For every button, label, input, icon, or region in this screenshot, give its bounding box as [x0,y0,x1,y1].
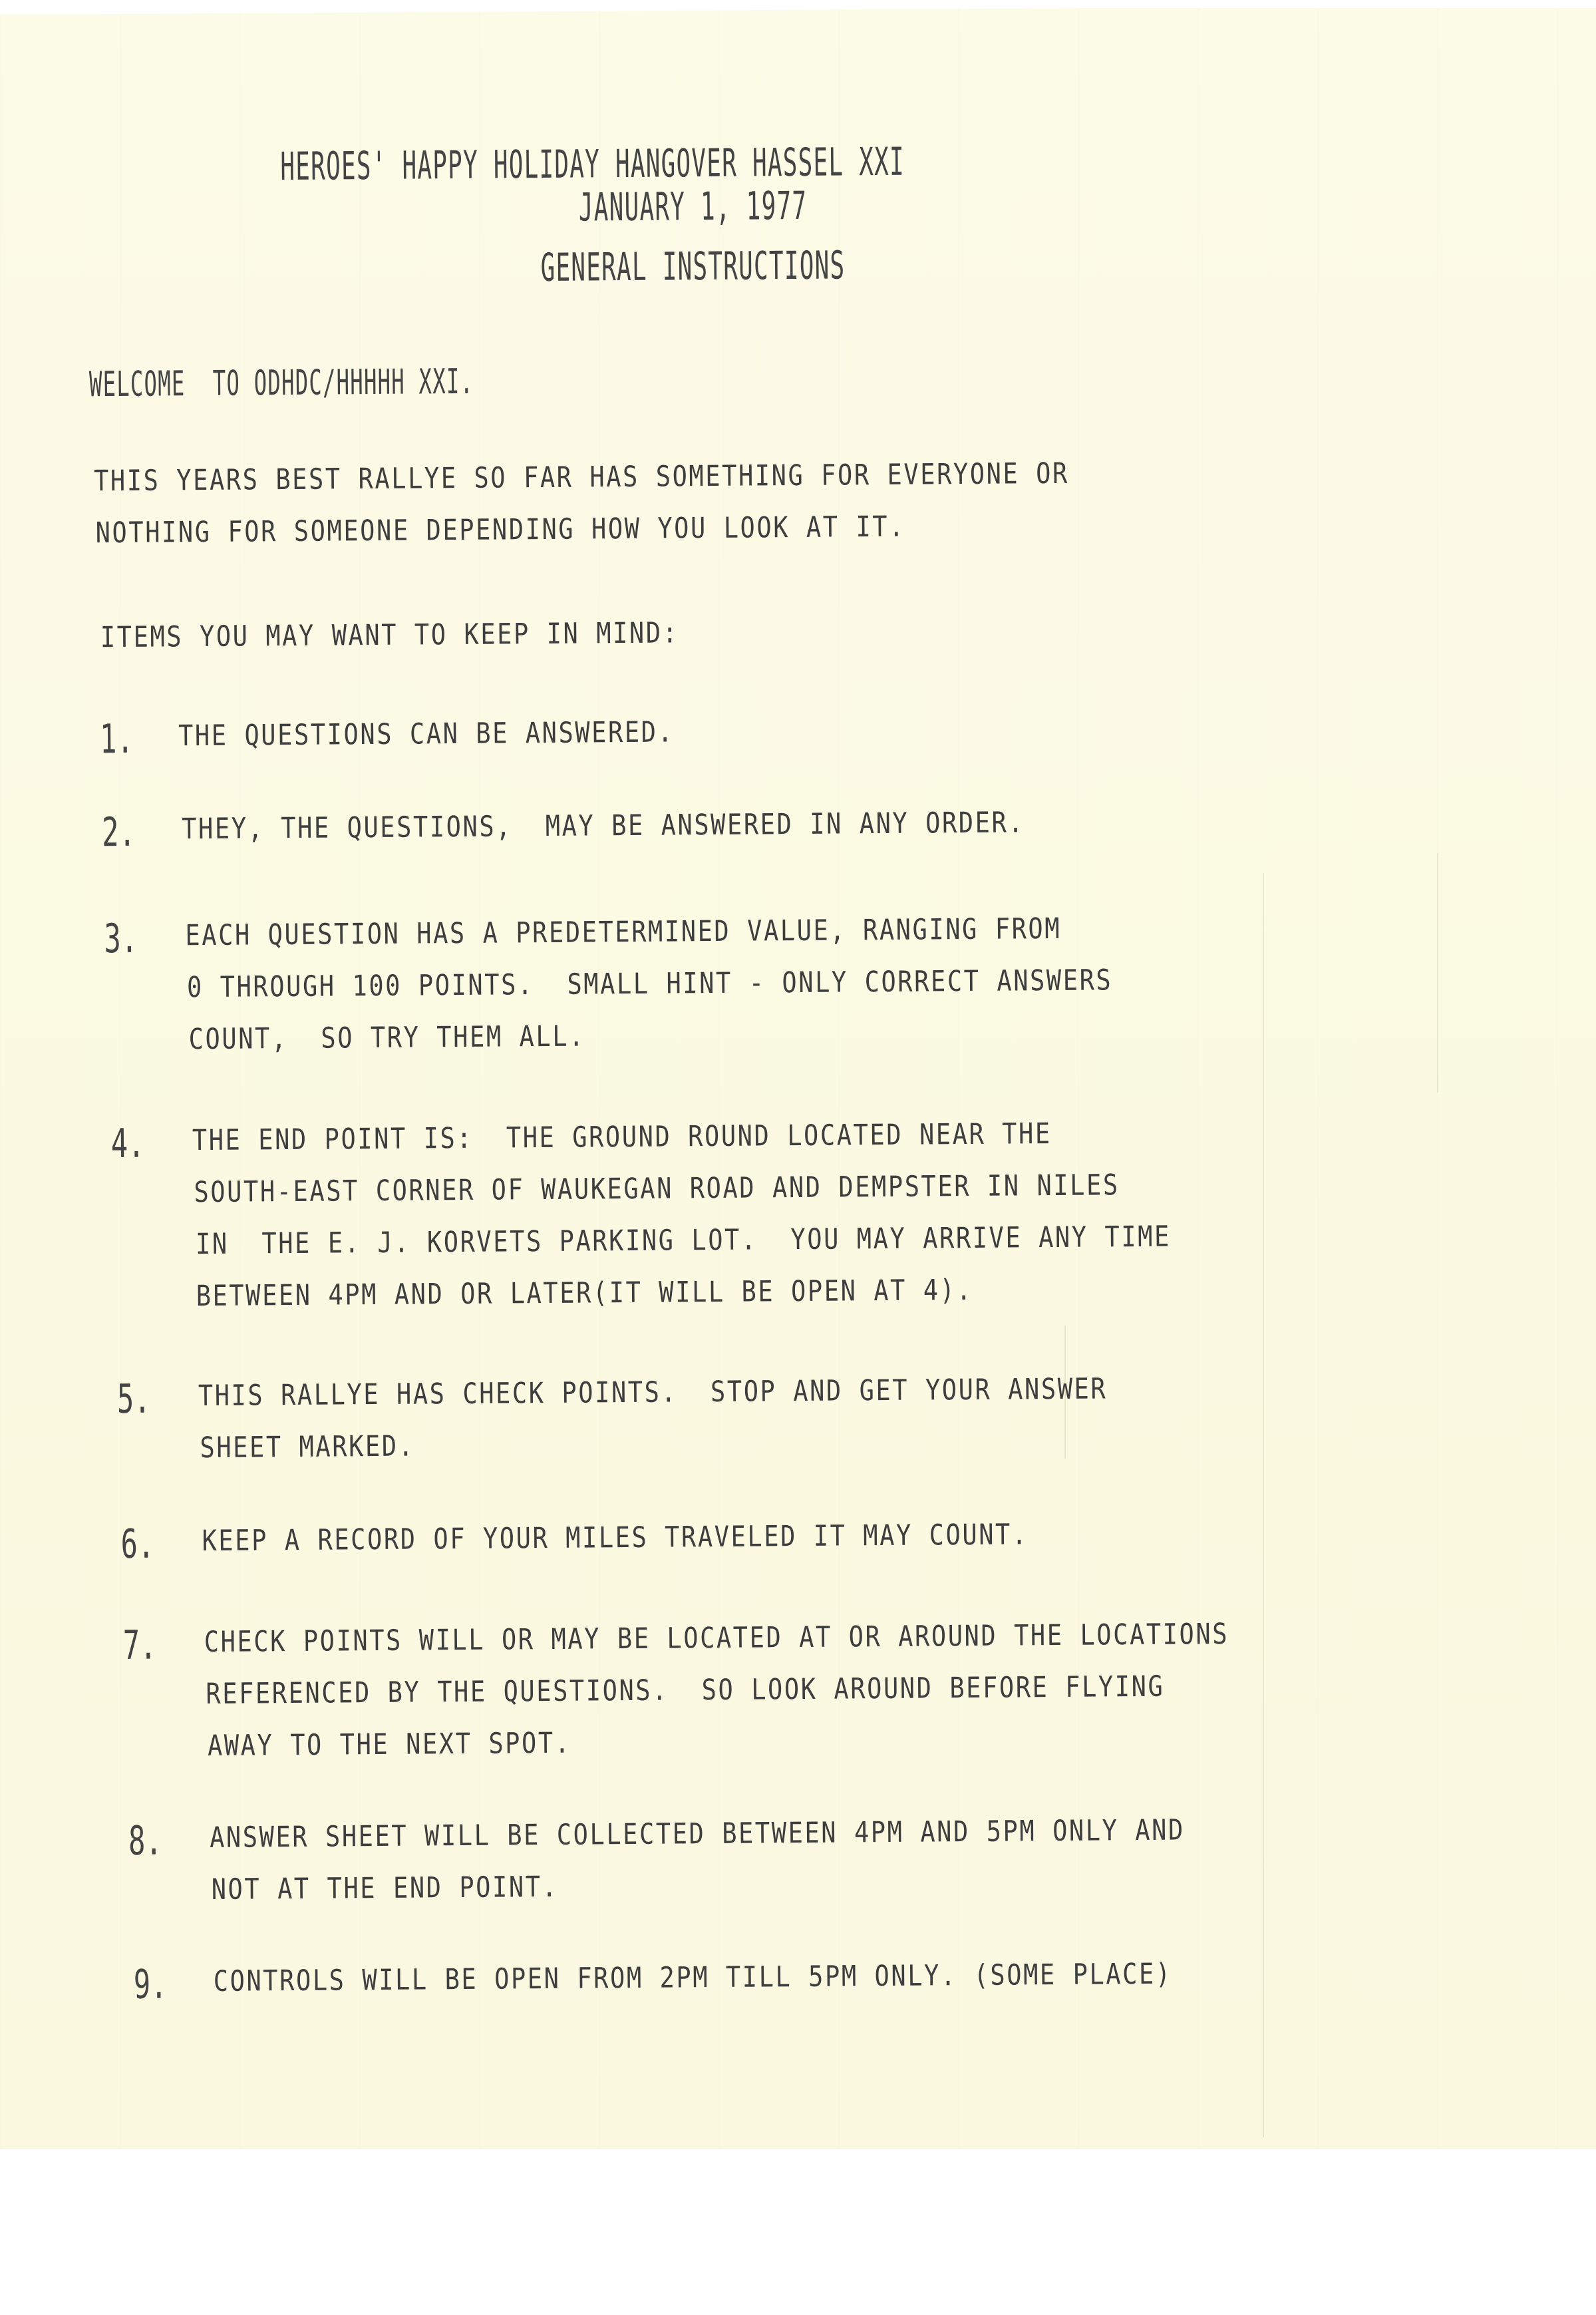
list-item-text: CONTROLS WILL BE OPEN FROM 2PM TILL 5PM … [214,1958,1172,1998]
list-item-text: SHEET MARKED. [200,1430,414,1465]
document-date: JANUARY 1, 1977 [579,183,808,230]
intro-paragraph-line: NOTHING FOR SOMEONE DEPENDING HOW YOU LO… [95,510,905,550]
document: HEROES' HAPPY HOLIDAY HANGOVER HASSEL XX… [0,0,1596,2155]
list-item-text: NOT AT THE END POINT. [212,1870,559,1906]
list-item-text: IN THE E. J. KORVETS PARKING LOT. YOU MA… [196,1220,1171,1262]
list-item-text: THIS RALLYE HAS CHECK POINTS. STOP AND G… [198,1372,1108,1413]
list-item-text: CHECK POINTS WILL OR MAY BE LOCATED AT O… [204,1618,1229,1659]
list-item-text: ANSWER SHEET WILL BE COLLECTED BETWEEN 4… [210,1813,1185,1855]
list-item-text: 0 THROUGH 100 POINTS. SMALL HINT - ONLY … [187,964,1113,1004]
list-item-number: 5. [117,1376,151,1423]
list-item-text: THE QUESTIONS CAN BE ANSWERED. [178,715,675,753]
list-item-number: 2. [102,809,136,856]
list-item-number: 3. [104,916,138,962]
list-item-number: 1. [100,716,134,763]
list-item-text: BETWEEN 4PM AND OR LATER(IT WILL BE OPEN… [196,1274,973,1313]
intro-paragraph-line: THIS YEARS BEST RALLYE SO FAR HAS SOMETH… [94,457,1069,498]
list-item-text: REFERENCED BY THE QUESTIONS. SO LOOK ARO… [206,1670,1164,1711]
document-title: HEROES' HAPPY HOLIDAY HANGOVER HASSEL XX… [280,139,905,189]
list-item-number: 4. [111,1121,145,1167]
list-item-text: KEEP A RECORD OF YOUR MILES TRAVELED IT … [202,1518,1029,1558]
list-item-text: EACH QUESTION HAS A PREDETERMINED VALUE,… [185,912,1061,952]
items-heading: ITEMS YOU MAY WANT TO KEEP IN MIND: [100,616,679,654]
list-item-text: THE END POINT IS: THE GROUND ROUND LOCAT… [192,1117,1052,1157]
welcome-line: WELCOME TO ODHDC/HHHHH XXI. [89,362,474,405]
list-item-text: COUNT, SO TRY THEM ALL. [188,1020,585,1057]
list-item-text: THEY, THE QUESTIONS, MAY BE ANSWERED IN … [182,806,1025,846]
list-item-number: 6. [120,1521,154,1568]
list-item-number: 8. [128,1818,162,1865]
list-item-text: SOUTH-EAST CORNER OF WAUKEGAN ROAD AND D… [194,1168,1120,1209]
list-item-number: 9. [134,1961,168,2008]
document-subtitle: GENERAL INSTRUCTIONS [540,242,845,290]
list-item-text: AWAY TO THE NEXT SPOT. [208,1727,571,1763]
list-item-number: 7. [123,1622,157,1669]
